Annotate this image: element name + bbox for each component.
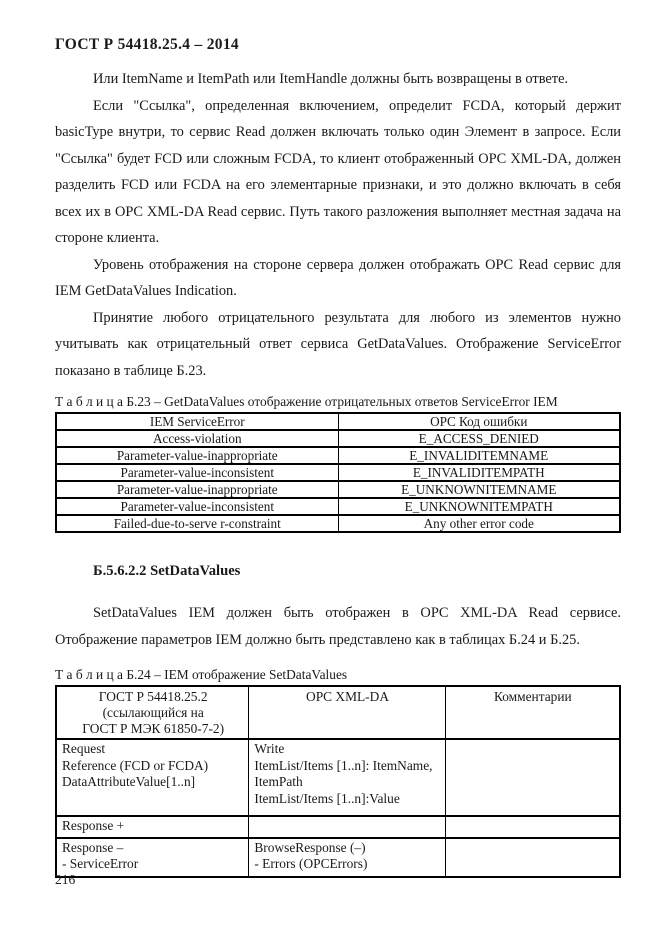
table-b24-caption: Т а б л и ц а Б.24 – IEM отображение Set… — [55, 667, 621, 683]
cell-iem-error: Parameter-value-inconsistent — [56, 498, 338, 515]
paragraph-5: SetDataValues IEM должен быть отображен … — [55, 600, 621, 653]
table-row: Failed-due-to-serve r-constraint Any oth… — [56, 515, 620, 532]
cell-opc — [249, 816, 445, 838]
table-b24: ГОСТ Р 54418.25.2 (ссылающийся на ГОСТ Р… — [55, 685, 621, 878]
cell-iem-error: Parameter-value-inappropriate — [56, 481, 338, 498]
cell-opc-code: E_INVALIDITEMPATH — [338, 464, 620, 481]
cell-gost: Response + — [56, 816, 249, 838]
cell-opc-code: E_UNKNOWNITEMNAME — [338, 481, 620, 498]
table-row: Parameter-value-inconsistent E_INVALIDIT… — [56, 464, 620, 481]
paragraph-1: Или ItemName и ItemPath или ItemHandle д… — [55, 66, 621, 93]
column-header-opc-error-code: OPC Код ошибки — [338, 413, 620, 430]
document-page: ГОСТ Р 54418.25.4 – 2014 Или ItemName и … — [0, 0, 661, 935]
table-row-request: Request Reference (FCD or FCDA) DataAttr… — [56, 739, 620, 816]
cell-iem-error: Access-violation — [56, 430, 338, 447]
column-header-iem-serviceerror: IEM ServiceError — [56, 413, 338, 430]
table-row-response-plus: Response + — [56, 816, 620, 838]
page-content: ГОСТ Р 54418.25.4 – 2014 Или ItemName и … — [0, 0, 661, 878]
column-header-opc-xml-da: OPC XML-DA — [249, 686, 445, 739]
cell-iem-error: Parameter-value-inappropriate — [56, 447, 338, 464]
column-header-comments: Комментарии — [445, 686, 620, 739]
cell-opc-code: Any other error code — [338, 515, 620, 532]
cell-comment — [445, 816, 620, 838]
table-row: Access-violation E_ACCESS_DENIED — [56, 430, 620, 447]
paragraph-2: Если "Ссылка", определенная включением, … — [55, 93, 621, 252]
cell-comment — [445, 739, 620, 816]
document-header: ГОСТ Р 54418.25.4 – 2014 — [55, 36, 621, 54]
table-b23-caption: Т а б л и ц а Б.23 – GetDataValues отобр… — [55, 394, 621, 410]
cell-opc-code: E_INVALIDITEMNAME — [338, 447, 620, 464]
cell-gost: Request Reference (FCD or FCDA) DataAttr… — [56, 739, 249, 816]
table-b23: IEM ServiceError OPC Код ошибки Access-v… — [55, 412, 621, 533]
cell-opc: BrowseResponse (–) - Errors (OPCErrors) — [249, 838, 445, 877]
cell-opc-code: E_UNKNOWNITEMPATH — [338, 498, 620, 515]
table-row: Parameter-value-inappropriate E_INVALIDI… — [56, 447, 620, 464]
cell-iem-error: Parameter-value-inconsistent — [56, 464, 338, 481]
cell-opc: Write ItemList/Items [1..n]: ItemName, I… — [249, 739, 445, 816]
paragraph-4: Принятие любого отрицательного результат… — [55, 305, 621, 385]
section-heading-setdatavalues: Б.5.6.2.2 SetDataValues — [93, 563, 621, 580]
paragraph-3: Уровень отображения на стороне сервера д… — [55, 252, 621, 305]
cell-comment — [445, 838, 620, 877]
table-b24-header-row: ГОСТ Р 54418.25.2 (ссылающийся на ГОСТ Р… — [56, 686, 620, 739]
table-b23-header-row: IEM ServiceError OPC Код ошибки — [56, 413, 620, 430]
table-row: Parameter-value-inappropriate E_UNKNOWNI… — [56, 481, 620, 498]
cell-opc-code: E_ACCESS_DENIED — [338, 430, 620, 447]
page-number: 216 — [55, 872, 75, 888]
table-row-response-minus: Response – - ServiceError BrowseResponse… — [56, 838, 620, 877]
column-header-gost: ГОСТ Р 54418.25.2 (ссылающийся на ГОСТ Р… — [56, 686, 249, 739]
table-row: Parameter-value-inconsistent E_UNKNOWNIT… — [56, 498, 620, 515]
cell-iem-error: Failed-due-to-serve r-constraint — [56, 515, 338, 532]
cell-gost: Response – - ServiceError — [56, 838, 249, 877]
